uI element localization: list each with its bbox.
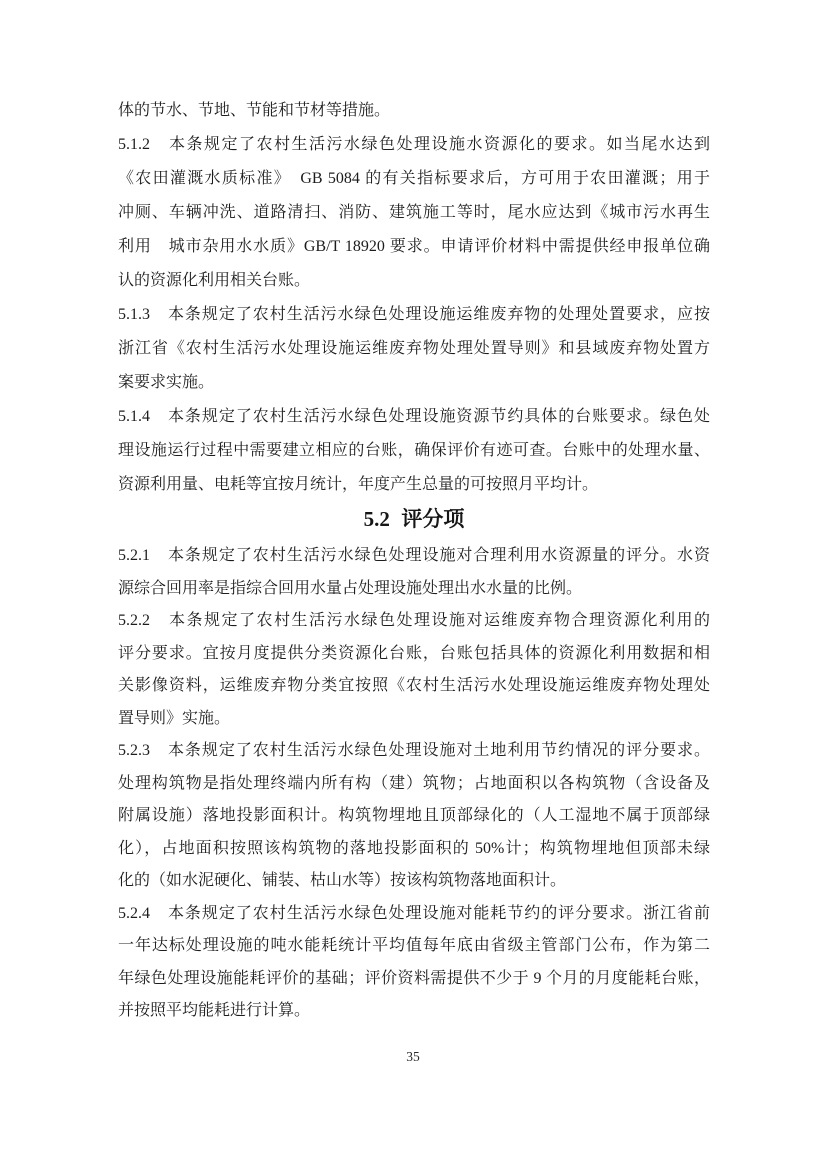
document-page: 体的节水、节地、节能和节材等措施。5.1.2 本条规定了农村生活污水绿色处理设施…	[0, 0, 826, 1169]
section-heading: 5.2评分项	[118, 501, 710, 537]
text-line: 化），占地面积按照该构筑物的落地投影面积的 50%计；构筑物埋地但顶部未绿	[118, 833, 710, 866]
text-line: 一年达标处理设施的吨水能耗统计平均值每年底由省级主管部门公布，作为第二	[118, 930, 710, 963]
text-line: 5.1.2 本条规定了农村生活污水绿色处理设施水资源化的要求。如当尾水达到	[118, 128, 710, 162]
section-heading-title: 评分项	[401, 507, 464, 531]
text-line: 源综合回用率是指综合回用水量占处理设施处理出水水量的比例。	[118, 573, 710, 606]
text-line: 体的节水、节地、节能和节材等措施。	[118, 94, 710, 128]
section-5-2-commentary: 5.2.1 本条规定了农村生活污水绿色处理设施对合理利用水资源量的评分。水资源综…	[118, 540, 710, 1028]
text-line: 并按照平均能耗进行计算。	[118, 995, 710, 1028]
text-line: 理设施运行过程中需要建立相应的台账，确保评价有迹可查。台账中的处理水量、	[118, 434, 710, 468]
text-line: 5.1.4 本条规定了农村生活污水绿色处理设施资源节约具体的台账要求。绿色处	[118, 400, 710, 434]
section-5-1-commentary: 体的节水、节地、节能和节材等措施。5.1.2 本条规定了农村生活污水绿色处理设施…	[118, 94, 710, 502]
text-line: 案要求实施。	[118, 366, 710, 400]
text-line: 关影像资料，运维废弃物分类宜按照《农村生活污水处理设施运维废弃物处理处	[118, 670, 710, 703]
text-line: 冲厕、车辆冲洗、道路清扫、消防、建筑施工等时，尾水应达到《城市污水再生	[118, 196, 710, 230]
text-line: 年绿色处理设施能耗评价的基础；评价资料需提供不少于 9 个月的月度能耗台账，	[118, 963, 710, 996]
text-line: 5.1.3 本条规定了农村生活污水绿色处理设施运维废弃物的处理处置要求，应按	[118, 298, 710, 332]
text-line: 资源利用量、电耗等宜按月统计，年度产生总量的可按照月平均计。	[118, 468, 710, 502]
text-line: 浙江省《农村生活污水处理设施运维废弃物处理处置导则》和县域废弃物处置方	[118, 332, 710, 366]
text-line: 附属设施）落地投影面积计。构筑物埋地且顶部绿化的（人工湿地不属于顶部绿	[118, 800, 710, 833]
text-line: 评分要求。宜按月度提供分类资源化台账，台账包括具体的资源化利用数据和相	[118, 638, 710, 671]
text-line: 5.2.3 本条规定了农村生活污水绿色处理设施对土地利用节约情况的评分要求。	[118, 735, 710, 768]
text-line: 处理构筑物是指处理终端内所有构（建）筑物；占地面积以各构筑物（含设备及	[118, 768, 710, 801]
page-number: 35	[0, 1048, 826, 1066]
text-line: 置导则》实施。	[118, 703, 710, 736]
text-line: 5.2.4 本条规定了农村生活污水绿色处理设施对能耗节约的评分要求。浙江省前	[118, 898, 710, 931]
text-line: 《农田灌溉水质标准》 GB 5084 的有关指标要求后，方可用于农田灌溉；用于	[118, 162, 710, 196]
text-line: 利用 城市杂用水水质》GB/T 18920 要求。申请评价材料中需提供经申报单位…	[118, 230, 710, 264]
text-line: 5.2.2 本条规定了农村生活污水绿色处理设施对运维废弃物合理资源化利用的	[118, 605, 710, 638]
section-heading-number: 5.2	[364, 507, 390, 531]
text-line: 5.2.1 本条规定了农村生活污水绿色处理设施对合理利用水资源量的评分。水资	[118, 540, 710, 573]
text-line: 认的资源化利用相关台账。	[118, 264, 710, 298]
text-line: 化的（如水泥硬化、铺装、枯山水等）按该构筑物落地面积计。	[118, 865, 710, 898]
